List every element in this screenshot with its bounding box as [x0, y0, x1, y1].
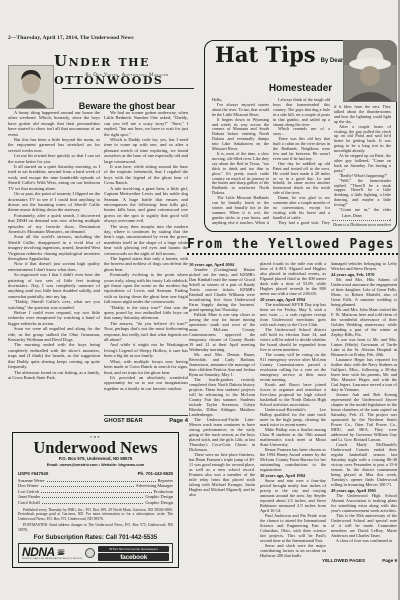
headshot-illustration [9, 66, 53, 108]
usps-number: USPS #647540 [18, 471, 48, 476]
newspaper-stack-icon [56, 548, 66, 557]
ghost-bear-column-2: We had no sooner gotten underway, when L… [104, 110, 188, 412]
masthead-box: THE Underwood News P.O. Box 575, Underwo… [12, 432, 179, 568]
byline-rule [62, 88, 194, 89]
dotted-leader [47, 481, 156, 482]
dotted-leader [42, 497, 143, 498]
staff-role: Graphic Design [145, 500, 173, 506]
facebook-badge: facebook [98, 553, 169, 561]
yellowed-pages-column-3: damaged vehicles belonging to Lefty Weic… [331, 261, 397, 557]
yellowed-pages-jump-line: YELLOWED PAGES Page 9 [322, 558, 397, 563]
ndna-logo: NDNA NORTH DAKOTA NEWSPAPER ASSOCIATION [22, 547, 82, 560]
masthead-usps-phone-row: USPS #647540 Ph. 701-442-5525 [18, 471, 173, 476]
cottonwoods-byline: By Don Vinter, Advertising Manager [56, 73, 198, 78]
hat-tips-title: Hat Tips [215, 44, 316, 66]
staff-name: Carol Schall [18, 500, 40, 506]
author-tagline: Dean is a Dickinson area rancher [332, 220, 390, 228]
hat-tips-column-1: Hello,I've always enjoyed stories about … [212, 98, 269, 226]
staff-row: Carol Schall Graphic Design [18, 500, 173, 506]
hat-tips-box: Hat Tips By Dean Meyer Homesteader Hello… [204, 40, 397, 232]
dotted-leader [41, 486, 134, 487]
yellowed-pages-column-1: 10 years ago, April 2004Jennifer (Cottin… [189, 261, 255, 557]
homesteader-headline: Homesteader [205, 83, 396, 94]
masthead-name: Underwood News [18, 440, 173, 455]
association-logo-strip: NDNA NORTH DAKOTA NEWSPAPER ASSOCIATION … [18, 543, 173, 563]
yellowed-pages-column-2: placed fourth in the mile run with a tim… [260, 261, 326, 557]
dotted-leader [42, 503, 143, 504]
subscription-line: For Subscription Rates: Call 701-442-553… [18, 534, 173, 541]
hat-tips-column-3: if it blew from the east. They talked ab… [334, 98, 391, 226]
hat-tips-header: Hat Tips By Dean Meyer [215, 44, 364, 66]
hat-tips-columns: Hello,I've always enjoyed stories about … [212, 98, 391, 226]
yellowed-pages-columns: 10 years ago, April 2004Jennifer (Cottin… [189, 261, 397, 557]
yellowed-pages-title: From the Yellowed Pages [187, 237, 398, 255]
don-vinter-photo [8, 65, 54, 109]
ndna-subtitle: NORTH DAKOTA NEWSPAPER ASSOCIATION [22, 558, 82, 560]
masthead-contact: Email: unews@westriv.com • Website: bhgn… [18, 462, 173, 467]
newspaper-page: 2—Thursday, April 17, 2014, The Underwoo… [0, 0, 400, 600]
phone-number: Ph. 701-442-5525 [138, 471, 173, 476]
jump-label: YELLOWED PAGES [322, 558, 365, 563]
ghost-bear-jump-line: GHOST BEAR Page 4 [104, 415, 188, 424]
publisher-fine-print: Published every Thursday by BHG, Inc., P… [18, 508, 173, 521]
staff-list: Suzanne Werre Reporter Don Winter Advert… [18, 478, 173, 506]
jump-label: GHOST BEAR [104, 418, 143, 424]
hat-tips-column-2: I always think of the tough old boys tha… [273, 98, 330, 226]
masthead-address: P.O. Box 575, Underwood, ND 58576 [18, 456, 173, 461]
bhg-badge: BHG's ND Community Newspapers [98, 546, 169, 552]
postmaster-fine-print: POSTMASTER: Send address changes to The … [18, 523, 173, 532]
ghost-bear-column-1: A funny thing happened around our house … [8, 110, 100, 432]
hat-tips-signoff-block: Later, Dean Dean is a Dickinson area ran… [332, 213, 390, 228]
dotted-leader [41, 492, 152, 493]
signoff: Later, Dean [332, 213, 390, 218]
ndna-wordmark: NDNA [22, 547, 55, 558]
badge-stack: BHG's ND Community Newspapers facebook [98, 546, 169, 562]
seal-icon [85, 548, 95, 558]
jump-page: Page 9 [382, 558, 397, 563]
page-folio: 2—Thursday, April 17, 2014, The Underwoo… [8, 35, 134, 41]
jump-page: Page 4 [169, 418, 188, 424]
